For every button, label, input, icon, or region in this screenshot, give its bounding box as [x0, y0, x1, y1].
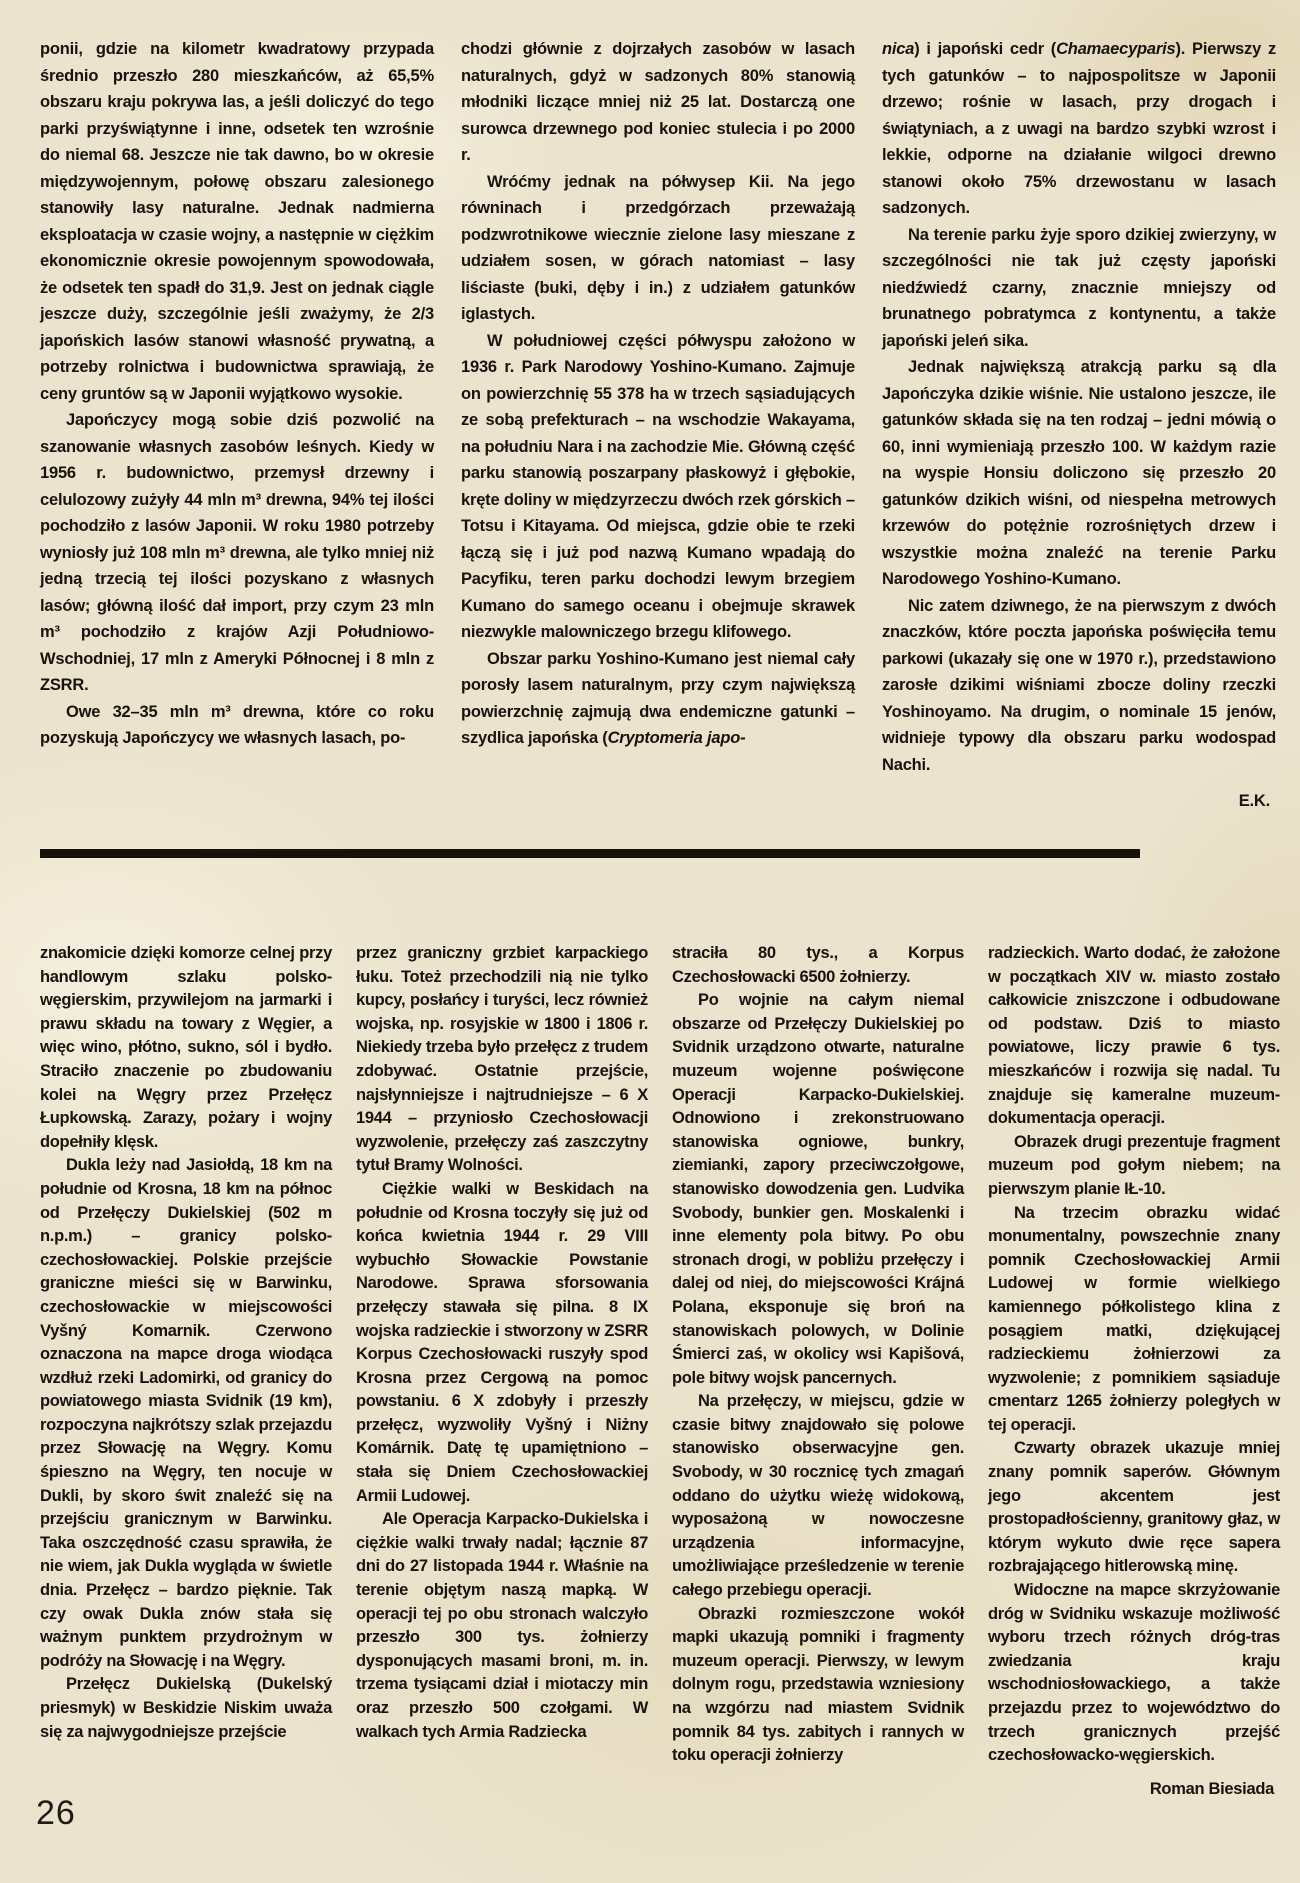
paragraph: Czwarty obrazek ukazuje mniej znany pomn… — [988, 1437, 1280, 1579]
dukla-article-column-4: radzieckich. Warto dodać, że założone w … — [988, 942, 1280, 1801]
paragraph: chodzi głównie z dojrzałych zasobów w la… — [461, 36, 855, 169]
paragraph: Ale Operacja Karpacko-Dukielska i ciężki… — [356, 1508, 648, 1744]
paragraph: Owe 32–35 mln m³ drewna, które co roku p… — [40, 699, 434, 752]
paragraph: Japończycy mogą sobie dziś pozwolić na s… — [40, 407, 434, 699]
latin-species-name: Cryptomeria japo- — [608, 729, 746, 747]
latin-species-name: nica — [882, 40, 914, 58]
page-number: 26 — [36, 1794, 76, 1833]
paragraph: przez graniczny grzbiet karpackiego łuku… — [356, 942, 648, 1178]
paragraph: znakomicie dzięki komorze celnej przy ha… — [40, 942, 332, 1154]
paragraph: radzieckich. Warto dodać, że założone w … — [988, 942, 1280, 1131]
paragraph: Na trzecim obrazku widać monumentalny, p… — [988, 1202, 1280, 1438]
paragraph-text: ). Pierwszy z tych gatunków – to najposp… — [882, 40, 1276, 217]
paragraph: Przełęcz Dukielską (Dukelský priesmyk) w… — [40, 1673, 332, 1744]
magazine-page: ponii, gdzie na kilometr kwadratowy przy… — [0, 0, 1300, 1883]
paragraph: straciła 80 tys., a Korpus Czechosłowack… — [672, 942, 964, 989]
author-signature-ek: E.K. — [882, 788, 1276, 815]
paragraph: Nic zatem dziwnego, że na pierwszym z dw… — [882, 593, 1276, 779]
paragraph: Ciężkie walki w Beskidach na południe od… — [356, 1178, 648, 1508]
paragraph: Na przełęczy, w miejscu, gdzie w czasie … — [672, 1390, 964, 1602]
article-japan-forests: ponii, gdzie na kilometr kwadratowy przy… — [40, 36, 1276, 815]
paragraph: Po wojnie na całym niemal obszarze od Pr… — [672, 989, 964, 1390]
paragraph: Dukla leży nad Jasiołdą, 18 km na połudn… — [40, 1154, 332, 1673]
dukla-article-column-3: straciła 80 tys., a Korpus Czechosłowack… — [672, 942, 964, 1801]
section-divider-rule — [40, 849, 1140, 858]
japan-article-column-3: nica) i japoński cedr (Chamaecyparis). P… — [882, 36, 1276, 815]
dukla-article-column-1: znakomicie dzięki komorze celnej przy ha… — [40, 942, 332, 1801]
paragraph: Obrazki rozmieszczone wokół mapki ukazuj… — [672, 1603, 964, 1768]
paragraph: Jednak największą atrakcją parku są dla … — [882, 354, 1276, 593]
paragraph: Na terenie parku żyje sporo dzikiej zwie… — [882, 222, 1276, 355]
article-dukla-pass: znakomicie dzięki komorze celnej przy ha… — [40, 942, 1280, 1801]
paragraph: nica) i japoński cedr (Chamaecyparis). P… — [882, 36, 1276, 222]
japan-article-column-1: ponii, gdzie na kilometr kwadratowy przy… — [40, 36, 434, 815]
paragraph: Wróćmy jednak na półwysep Kii. Na jego r… — [461, 169, 855, 328]
dukla-article-column-2: przez graniczny grzbiet karpackiego łuku… — [356, 942, 648, 1801]
paragraph-text: ) i japoński cedr ( — [914, 40, 1056, 58]
paragraph: Obszar parku Yoshino-Kumano jest niemal … — [461, 646, 855, 752]
japan-article-column-2: chodzi głównie z dojrzałych zasobów w la… — [461, 36, 855, 815]
paragraph: W południowej części półwyspu założono w… — [461, 328, 855, 646]
paragraph: Widoczne na mapce skrzyżowanie dróg w Sv… — [988, 1579, 1280, 1768]
latin-species-name: Chamaecyparis — [1056, 40, 1175, 58]
paragraph: ponii, gdzie na kilometr kwadratowy przy… — [40, 36, 434, 407]
paragraph: Obrazek drugi prezentuje fragment muzeum… — [988, 1131, 1280, 1202]
author-signature-roman-biesiada: Roman Biesiada — [988, 1778, 1280, 1802]
